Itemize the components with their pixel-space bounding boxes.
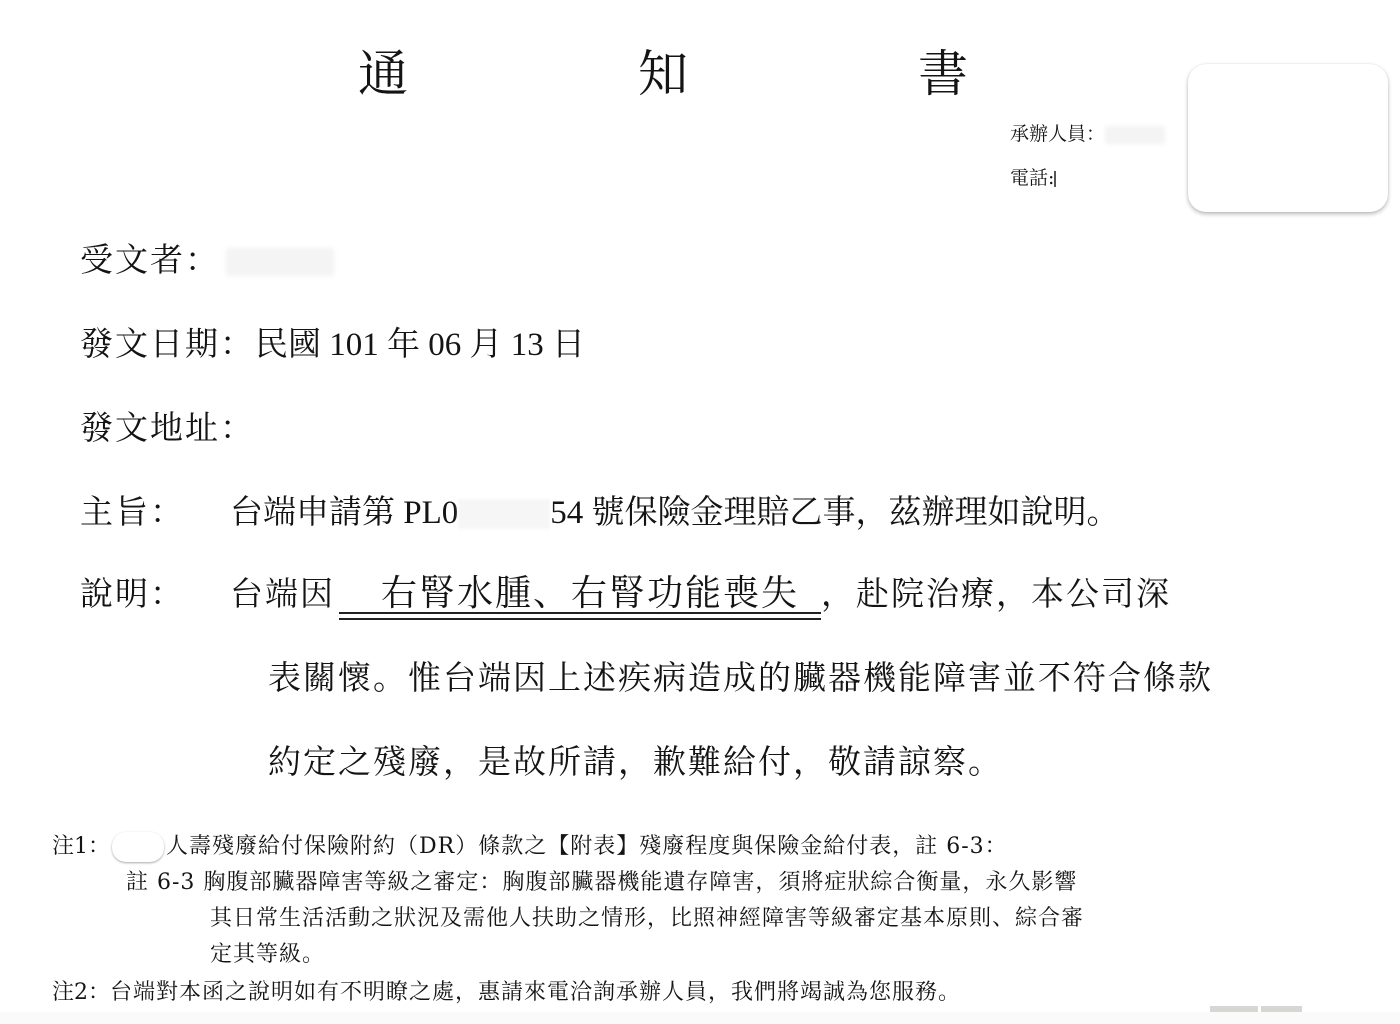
redacted-stamp-box <box>1188 64 1388 212</box>
scrollbar-thumb-left[interactable] <box>1210 1006 1258 1012</box>
note-1-prefix: 注1： <box>52 834 110 859</box>
diagnosis-underlined: 右腎水腫、右腎功能喪失 <box>335 574 821 614</box>
note-1-line-2: 註 6-3 胸腹部臟器障害等級之審定：胸腹部臟器機能遺存障害，須將症狀綜合衡量，… <box>126 868 1077 898</box>
company-name-redacted <box>112 832 164 862</box>
note-2-text: 台端對本函之說明如有不明瞭之處，惠請來電洽詢承辦人員，我們將竭誠為您服務。 <box>110 980 961 1005</box>
note-2: 注2：台端對本函之說明如有不明瞭之處，惠請來電洽詢承辦人員，我們將竭誠為您服務。 <box>52 978 961 1008</box>
handler-redacted <box>1105 126 1165 144</box>
subject-value-suffix: 54 號保險金理賠乙事，茲辦理如說明。 <box>550 495 1119 531</box>
phone-label: 電話: <box>1010 167 1054 189</box>
explanation-suffix: ，赴院治療，本公司深 <box>821 574 1171 613</box>
title-char-2: 知 <box>638 44 688 104</box>
issue-address-field: 發文地址： <box>80 408 255 448</box>
subject-label-left: 主 <box>80 492 115 531</box>
recipient-redacted <box>226 248 334 276</box>
title-char-3: 書 <box>918 44 968 104</box>
note-1-text: 人壽殘廢給付保險附約（DR）條款之【附表】殘廢程度與保險金給付表，註 6-3： <box>166 834 1008 859</box>
note-1-line-4: 定其等級。 <box>210 940 325 970</box>
explanation-line-3: 約定之殘廢，是故所請，歉難給付，敬請諒察。 <box>268 742 1003 782</box>
explanation-field: 說明：台端因右腎水腫、右腎功能喪失，赴院治療，本公司深 <box>80 574 1171 614</box>
issue-date-label: 發文日期： <box>80 324 255 364</box>
explanation-line-2: 表關懷。惟台端因上述疾病造成的臟器機能障害並不符合條款 <box>268 658 1213 698</box>
issue-date-field: 發文日期：民國 101 年 06 月 13 日 <box>80 324 585 365</box>
bottom-strip <box>0 1012 1400 1024</box>
explanation-prefix: 台端因 <box>230 574 335 613</box>
recipient-field: 受文者： <box>80 240 334 280</box>
explanation-label-right: 明： <box>115 574 185 613</box>
note-1-line-3: 其日常生活活動之狀況及需他人扶助之情形，比照神經障害等級審定基本原則、綜合審 <box>210 904 1084 934</box>
issue-date-value: 民國 101 年 06 月 13 日 <box>255 327 585 363</box>
subject-value-prefix: 台端申請第 PL0 <box>230 495 458 531</box>
handler-label: 承辦人員： <box>1010 123 1105 145</box>
title-char-1: 通 <box>358 44 408 104</box>
handler-line: 承辦人員： <box>1010 122 1165 146</box>
scrollbar-thumb-right[interactable] <box>1261 1006 1302 1012</box>
subject-field: 主旨：台端申請第 PL054 號保險金理賠乙事，茲辦理如說明。 <box>80 492 1120 533</box>
note-2-prefix: 注2： <box>52 980 110 1005</box>
phone-line: 電話: <box>1010 166 1056 190</box>
subject-label-right: 旨： <box>115 492 185 531</box>
subject-label: 主旨： <box>80 492 230 532</box>
issue-address-label: 發文地址： <box>80 408 255 448</box>
recipient-label: 受文者： <box>80 240 220 280</box>
note-1: 注1：人壽殘廢給付保險附約（DR）條款之【附表】殘廢程度與保險金給付表，註 6-… <box>52 832 1008 862</box>
explanation-label-left: 說 <box>80 574 115 613</box>
phone-redacted <box>1054 171 1056 187</box>
explanation-label: 說明： <box>80 574 230 614</box>
policy-number-redacted <box>458 499 550 529</box>
